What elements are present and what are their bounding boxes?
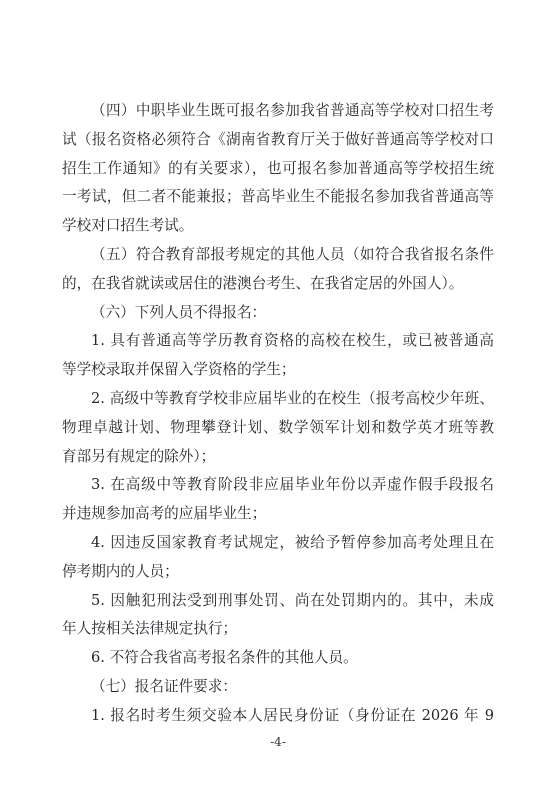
- text-line: 3. 在高级中等教育阶段非应届毕业年份以弄虚作假手段报名: [62, 471, 494, 500]
- document-page: （四）中职毕业生既可报名参加我省普通高等学校对口招生考 试（报名资格必须符合《湖…: [0, 0, 556, 790]
- text-line: （四）中职毕业生既可报名参加我省普通高等学校对口招生考: [62, 97, 494, 126]
- list-item: 1. 具有普通高等学历教育资格的高校在校生，或已被普通高 等学校录取并保留入学资…: [62, 327, 494, 385]
- paragraph: （七）报名证件要求：: [62, 673, 494, 702]
- text-line: 1. 报名时考生须交验本人居民身份证（身份证在 2026 年 9: [62, 702, 494, 731]
- list-item: 3. 在高级中等教育阶段非应届毕业年份以弄虚作假手段报名 并违规参加高考的应届毕…: [62, 471, 494, 529]
- text-line: 5. 因触犯刑法受到刑事处罚、尚在处罚期内的。其中，未成: [62, 587, 494, 616]
- page-number: -4-: [0, 734, 556, 750]
- text-line: 物理卓越计划、物理攀登计划、数学领军计划和数学英才班等教: [62, 414, 494, 443]
- text-line: 招生工作通知》的有关要求），也可报名参加普通高等学校招生统: [62, 155, 494, 184]
- text-line: 停考期内的人员；: [62, 558, 494, 587]
- list-item: 2. 高级中等教育学校非应届毕业的在校生（报考高校少年班、 物理卓越计划、物理攀…: [62, 385, 494, 471]
- text-line: （六）下列人员不得报名：: [62, 299, 494, 328]
- text-line: 育部另有规定的除外）；: [62, 443, 494, 472]
- paragraph: （四）中职毕业生既可报名参加我省普通高等学校对口招生考 试（报名资格必须符合《湖…: [62, 97, 494, 241]
- text-line: 的，在我省就读或居住的港澳台考生、在我省定居的外国人）。: [62, 270, 494, 299]
- text-content: （四）中职毕业生既可报名参加我省普通高等学校对口招生考 试（报名资格必须符合《湖…: [62, 97, 494, 731]
- text-line: （五）符合教育部报考规定的其他人员（如符合我省报名条件: [62, 241, 494, 270]
- text-line: 2. 高级中等教育学校非应届毕业的在校生（报考高校少年班、: [62, 385, 494, 414]
- text-line: 年人按相关法律规定执行；: [62, 615, 494, 644]
- text-line: 等学校录取并保留入学资格的学生；: [62, 356, 494, 385]
- list-item: 4. 因违反国家教育考试规定，被给予暂停参加高考处理且在 停考期内的人员；: [62, 529, 494, 587]
- list-item: 1. 报名时考生须交验本人居民身份证（身份证在 2026 年 9: [62, 702, 494, 731]
- text-line: （七）报名证件要求：: [62, 673, 494, 702]
- paragraph: （六）下列人员不得报名：: [62, 299, 494, 328]
- list-item: 6. 不符合我省高考报名条件的其他人员。: [62, 644, 494, 673]
- text-line: 试（报名资格必须符合《湖南省教育厅关于做好普通高等学校对口: [62, 126, 494, 155]
- paragraph: （五）符合教育部报考规定的其他人员（如符合我省报名条件 的，在我省就读或居住的港…: [62, 241, 494, 299]
- text-line: 学校对口招生考试。: [62, 212, 494, 241]
- list-item: 5. 因触犯刑法受到刑事处罚、尚在处罚期内的。其中，未成 年人按相关法律规定执行…: [62, 587, 494, 645]
- text-line: 4. 因违反国家教育考试规定，被给予暂停参加高考处理且在: [62, 529, 494, 558]
- text-line: 一考试，但二者不能兼报；普高毕业生不能报名参加我省普通高等: [62, 183, 494, 212]
- text-line: 并违规参加高考的应届毕业生；: [62, 500, 494, 529]
- text-line: 6. 不符合我省高考报名条件的其他人员。: [62, 644, 494, 673]
- text-line: 1. 具有普通高等学历教育资格的高校在校生，或已被普通高: [62, 327, 494, 356]
